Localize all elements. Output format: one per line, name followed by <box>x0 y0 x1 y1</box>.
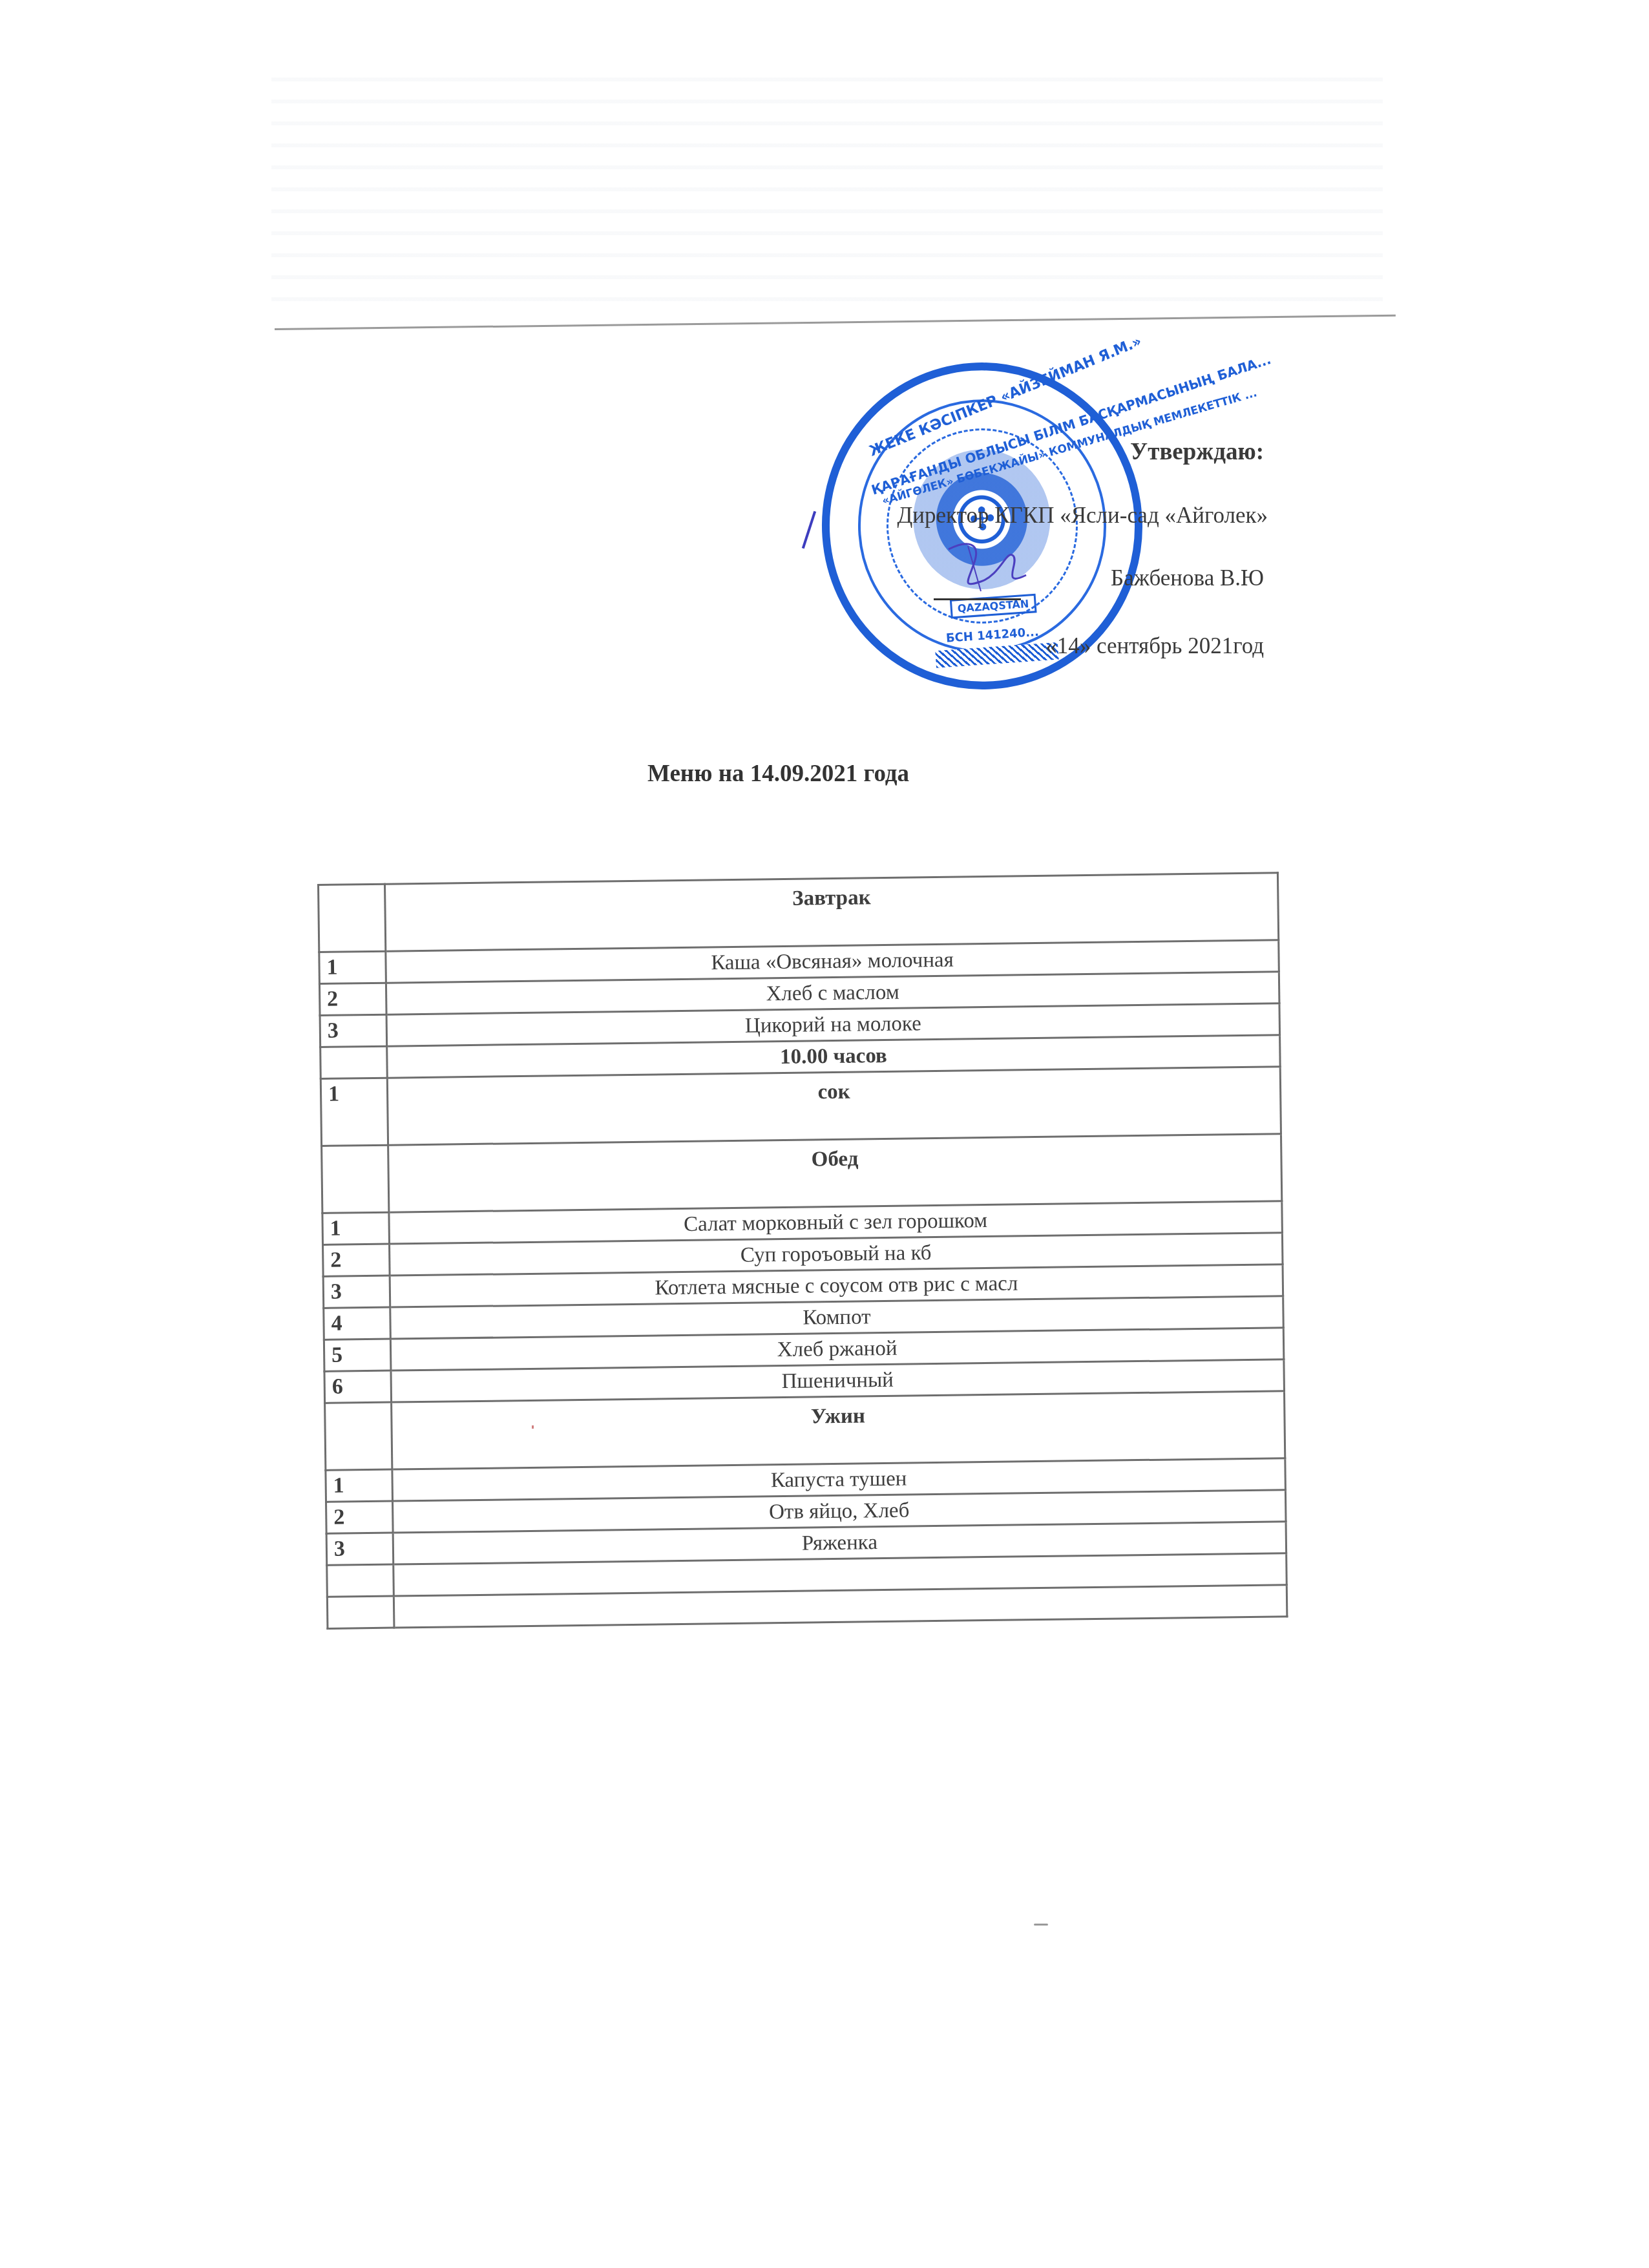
item-number: 4 <box>324 1307 391 1339</box>
item-number: 3 <box>323 1276 390 1308</box>
scan-bleed-through <box>271 78 1383 310</box>
approver-name: Бажбенова В.Ю <box>1111 565 1264 591</box>
section-number-cell <box>319 884 386 952</box>
item-number: 3 <box>326 1533 394 1565</box>
item-number: 2 <box>326 1501 394 1533</box>
section-header: Завтрак <box>385 873 1279 951</box>
section-number-cell <box>325 1402 392 1470</box>
item-number: 1 <box>322 1212 390 1244</box>
approver-position: Директор КГКП «Ясли-сад «Айголек» <box>897 503 1268 529</box>
item-number: 6 <box>324 1370 392 1403</box>
pen-stroke <box>802 511 816 549</box>
top-rule-line <box>275 315 1396 330</box>
approval-date: «14» сентябрь 2021год <box>1045 633 1264 659</box>
table-row: 1сок <box>320 1067 1281 1146</box>
section-header-row: Завтрак <box>319 873 1279 952</box>
item-number: 1 <box>326 1469 393 1502</box>
page-title: Меню на 14.09.2021 года <box>647 760 909 788</box>
signature-icon <box>942 536 1039 594</box>
section-header: Обед <box>388 1134 1282 1212</box>
menu-table: Завтрак1Каша «Овсяная» молочная2Хлеб с м… <box>317 872 1288 1630</box>
section-number-cell <box>320 1046 388 1078</box>
item-number: 5 <box>324 1339 391 1371</box>
section-header-row: Обед <box>322 1134 1282 1213</box>
item-number: 2 <box>323 1244 390 1276</box>
scan-mark <box>1034 1924 1048 1926</box>
scan-speck <box>532 1425 534 1429</box>
item-number: 2 <box>319 983 386 1015</box>
item-name: сок <box>387 1067 1281 1145</box>
approval-heading: Утверждаю: <box>1130 438 1264 466</box>
signature-line <box>934 598 1021 600</box>
section-number-cell <box>322 1145 389 1213</box>
section-header-row: Ужин <box>325 1391 1285 1471</box>
item-number: 1 <box>320 1078 388 1146</box>
section-header: Ужин <box>392 1391 1285 1469</box>
empty-number-cell <box>327 1596 394 1628</box>
item-number: 1 <box>319 951 386 983</box>
empty-number-cell <box>327 1564 394 1597</box>
item-number: 3 <box>320 1014 387 1047</box>
